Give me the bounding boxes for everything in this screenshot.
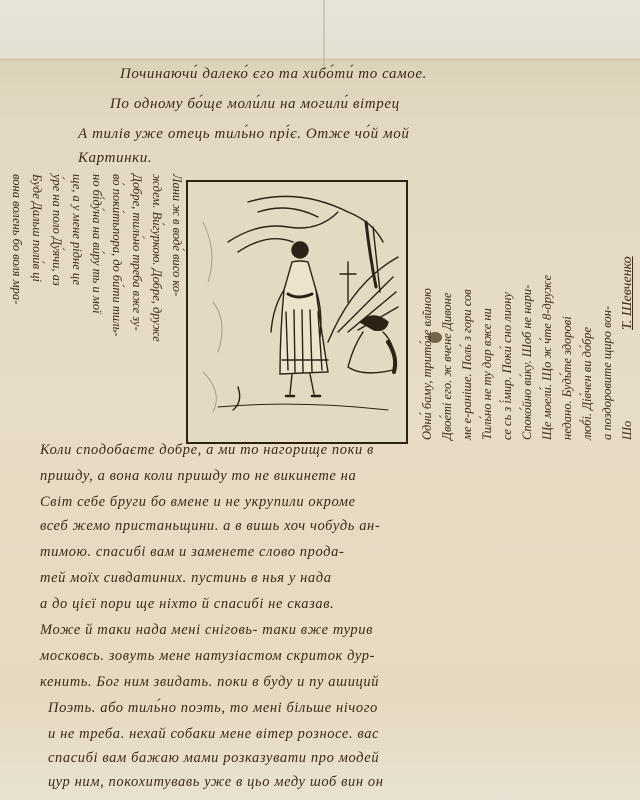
left-vertical-line: ще, а у мене рідне це: [69, 174, 84, 285]
left-vertical-line: ждем. Ви́гуркою. Добре, друже: [149, 174, 164, 342]
paper-fold-horizontal: [0, 58, 640, 61]
right-vertical-line: а поздоровите щиро вон-: [600, 306, 615, 440]
left-vertical-line: у́ре на поло Ду́ячи, аз: [49, 174, 64, 286]
left-vertical-line: но бі́ду́на на ви́ру ть и мої: [89, 174, 104, 314]
body-line-6: тей моїх сивдатиних. пустинь в нья у над…: [40, 570, 332, 587]
top-line-1: Починаючи́ далеко́ єго та хибо́ти́ то са…: [120, 66, 427, 83]
left-vertical-line: вона волень бо воля мра-: [9, 174, 24, 304]
body-line-10: кенить. Бог ним звидать. поки в буду и п…: [40, 674, 379, 691]
body-line-7: а до цієї пори ще ніхто й спасибі не ска…: [40, 596, 334, 613]
left-vertical-line: во́ поки́тьпора, до би́ти тиль-: [109, 174, 124, 336]
body-line-1: Коли сподобаєте добре, а ми то нагорище …: [40, 442, 374, 459]
body-line-4: всеб жемо пристаньщини. а в вишь хоч чоб…: [40, 518, 380, 535]
right-vertical-line: люб́і. Дів́чен ви до́бре: [580, 327, 595, 440]
right-vertical-line: Ще моели́. Що ж ч́те 8-друже: [540, 275, 555, 440]
top-line-2: По одному бо́ще моли́ли на могили́ вітре…: [110, 96, 400, 113]
body-line-9: московсь. зовуть мене натузіастом скрито…: [40, 648, 375, 665]
body-line-8: Може й таки нада мені сніговь- таки вже …: [40, 622, 373, 639]
right-vertical-line: се сь з і́мир. Поки́ сно лиону: [500, 292, 515, 440]
sketch-illustration: [188, 182, 406, 442]
right-vertical-line: Тиль́но не ту дар вже ни: [480, 308, 495, 440]
left-vertical-line: Лани ж в воде́ висо ко-: [169, 174, 184, 296]
ink-sketch: [186, 180, 408, 444]
signature: Т. Шевченко: [620, 256, 636, 330]
body-line-5: тимою. спасибі вам и заменете слово прод…: [40, 544, 344, 561]
right-vertical-line: Споко́йно ви́ку. Шоб не нари-: [520, 285, 535, 440]
right-vertical-line: недано. Будь́те здорові: [560, 316, 575, 440]
body-line-2: пришду, а вона коли пришду то не викинет…: [40, 468, 356, 485]
right-vertical-line: ме е-раніше. Поль́ з гори сов: [460, 289, 475, 440]
right-vertical-line: Одни́ баму, трито́ле вл̃иною: [420, 288, 435, 440]
body-line-13: спасибі вам бажаю мами розказувати про м…: [48, 750, 379, 767]
right-vertical-line: Двое́ті его. ж вчене Дивоне: [440, 293, 455, 440]
body-line-14: цур ним, покохитувавь уже в цьо меду шоб…: [48, 774, 384, 791]
left-vertical-line: Добре, тиль́но треба вже зу-: [129, 174, 144, 331]
right-vertical-line: Шо: [620, 421, 635, 440]
body-line-3: Свiт себе бруги бо вмене и не укрупили о…: [40, 494, 356, 511]
body-line-12: и не треба. нехай собаки мене вітер розн…: [48, 726, 379, 743]
top-line-4: Картинки.: [78, 150, 152, 167]
top-line-3: А тилів уже отець тиль́но прі́є. Отже чо…: [78, 126, 409, 143]
body-line-11: Поэть. або тиль́но поэть, то мені більше…: [48, 700, 378, 717]
left-vertical-line: Буде Дальш поли́в ці: [29, 174, 44, 282]
